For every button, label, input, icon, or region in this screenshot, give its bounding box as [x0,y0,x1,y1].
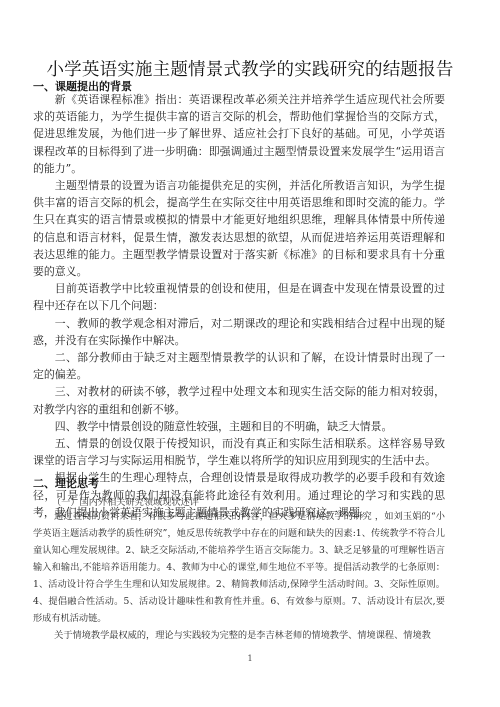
paragraph: 三、对教材的研读不够，教学过程中处理文本和现实生活交际的能力相对较弱，对教学内容… [33,383,445,417]
paragraph: 目前英语教学中比较重视情景的创设和使用，但是在调查中发现在情景设置的过程中还存在… [33,280,445,314]
paragraph: 五、情景的创设仅限于传授知识，而没有真正和实际生活相联系。这样容易导致课堂的语言… [33,435,445,469]
subsection-heading: （一）国内外相关研究领域现状述评 [52,494,199,508]
paragraph: 二、部分教师由于缺乏对主题型情景教学的认识和了解，在设计情景时出现了一定的偏差。 [33,349,445,383]
paragraph: 主题型情景的设置为语言功能提供充足的实例，并活化所教语言知识，为学生提供丰富的语… [33,177,445,280]
document-page: 小学英语实施主题情景式教学的实践研究的结题报告 一、课题提出的背景 新《英语课程… [0,0,500,707]
paragraph: 关于情境教学最权威的，理论与实践较为完整的是李吉林老师的情境教学、情境课程、情境… [33,627,445,644]
section-body-theory: 通过查阅的资料来看，有很多与此课题相关的内容，但大多是情境教学的研究 ，如刘玉娟… [33,508,445,644]
paragraph: 一、教师的教学观念相对滞后，对二期课改的理论和实践相结合过程中出现的疑惑，并没有… [33,315,445,349]
page-number: 1 [0,654,500,663]
section-body-background: 新《英语课程标准》指出：英语课程改革必须关注并培养学生适应现代社会所要求的英语能… [33,91,445,521]
paragraph: 新《英语课程标准》指出：英语课程改革必须关注并培养学生适应现代社会所要求的英语能… [33,91,445,177]
paragraph: 通过查阅的资料来看，有很多与此课题相关的内容，但大多是情境教学的研究 ，如刘玉娟… [33,508,445,627]
section-heading-theory: 二、理论思考 [33,475,99,491]
paragraph: 四、教学中情景创设的随意性较强，主题和目的不明确，缺乏大情景。 [33,418,445,435]
